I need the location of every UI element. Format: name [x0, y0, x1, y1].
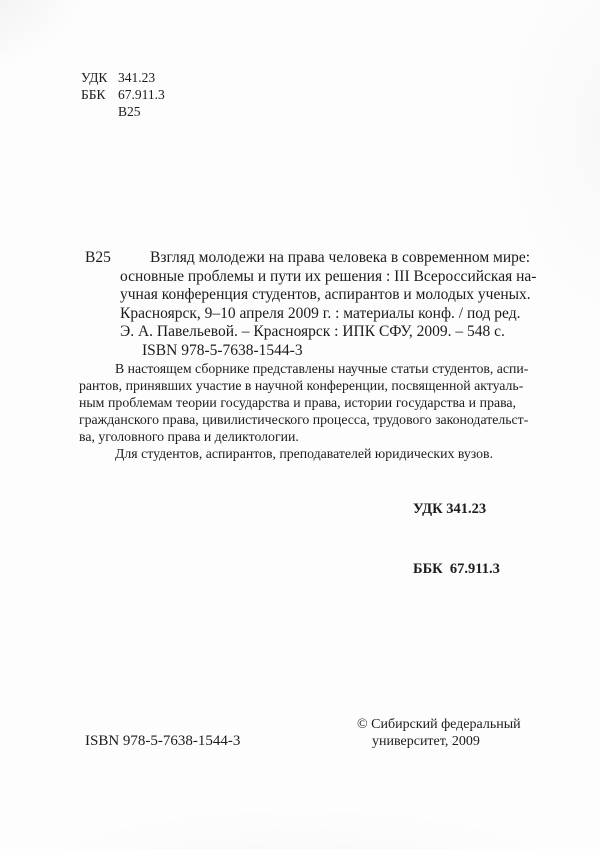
bibliographic-entry-code: В25 — [85, 249, 111, 268]
copyright-line1: © Сибирский федеральный — [357, 716, 521, 733]
classification-top: УДК 341.23 ББК 67.911.3 В25 — [81, 70, 165, 120]
bibliographic-line: Взгляд молодежи на права человека в совр… — [120, 249, 516, 268]
udk-number-bold: УДК 341.23 — [413, 499, 500, 519]
udk-row: УДК 341.23 — [81, 70, 165, 87]
bbk-label: ББК — [81, 87, 118, 104]
bibliographic-line: Э. А. Павельевой. – Красноярск : ИПК СФУ… — [120, 323, 516, 342]
annotation: В настоящем сборнике представлены научны… — [79, 361, 516, 462]
bibliographic-entry: В25 Взгляд молодежи на права человека в … — [120, 249, 516, 361]
bibliographic-line: основные проблемы и пути их решения : II… — [120, 268, 516, 287]
annotation-line: В настоящем сборнике представлены научны… — [79, 361, 516, 378]
annotation-line: ным проблемам теории государства и права… — [79, 395, 516, 412]
udk-label: УДК — [81, 70, 118, 87]
bibliographic-line: Красноярск, 9–10 апреля 2009 г. : матери… — [120, 305, 516, 324]
bbk-number-bold: ББК 67.911.3 — [413, 559, 500, 579]
footer-isbn: ISBN 978-5-7638-1544-3 — [85, 733, 240, 750]
bbk-row: ББК 67.911.3 — [81, 87, 165, 104]
bbk-value: 67.911.3 — [118, 87, 165, 104]
annotation-line: гражданского права, цивилистического про… — [79, 412, 516, 429]
author-code-row: В25 — [81, 104, 165, 121]
copyright-notice: © Сибирский федеральный университет, 200… — [357, 716, 521, 750]
udk-value: 341.23 — [118, 70, 155, 87]
classification-right: УДК 341.23 ББК 67.911.3 — [413, 459, 500, 619]
annotation-line: рантов, принявших участие в научной конф… — [79, 378, 516, 395]
annotation-line: ва, уголовного права и деликтологии. — [79, 429, 516, 446]
author-code-value: В25 — [118, 104, 141, 121]
imprint-page: УДК 341.23 ББК 67.911.3 В25 В25 Взгляд м… — [0, 0, 600, 849]
copyright-line2: университет, 2009 — [357, 733, 521, 750]
author-code-spacer — [81, 104, 118, 121]
isbn-line: ISBN 978-5-7638-1544-3 — [120, 342, 516, 361]
bibliographic-line: учная конференция студентов, аспирантов … — [120, 286, 516, 305]
bibliographic-description: Взгляд молодежи на права человека в совр… — [120, 249, 516, 342]
